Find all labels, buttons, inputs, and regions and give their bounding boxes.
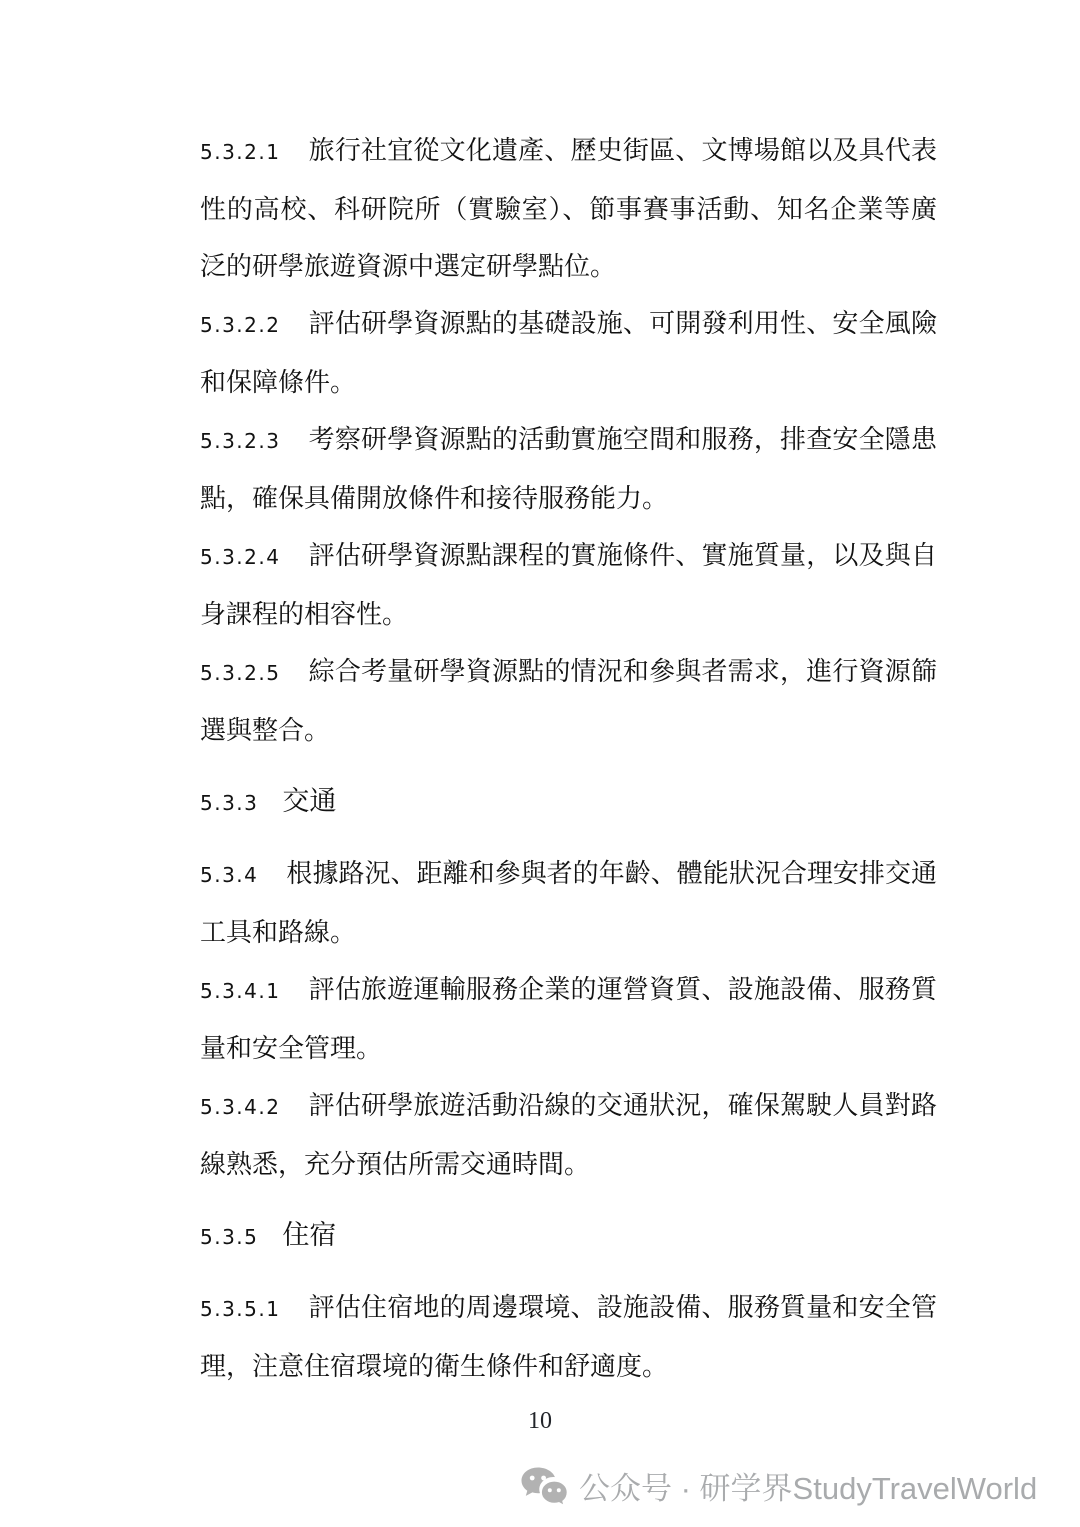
clause-paragraph: 5.3.2.2評估研學資源點的基礎設施、可開發利用性、安全風險和保障條件。 [200,295,937,411]
clause-text: 評估研學旅遊活動沿線的交通狀況，確保駕駛人員對路線熟悉，充分預估所需交通時間。 [200,1091,937,1179]
document-body: 5.3.2.1旅行社宜從文化遺產、歷史街區、文博場館以及具代表性的高校、科研院所… [200,122,937,1395]
heading-text: 交通 [282,786,336,816]
clause-text: 評估住宿地的周邊環境、設施設備、服務質量和安全管理，注意住宿環境的衛生條件和舒適… [200,1293,937,1381]
clause-paragraph: 5.3.4.2評估研學旅遊活動沿線的交通狀況，確保駕駛人員對路線熟悉，充分預估所… [200,1077,937,1193]
heading-text: 住宿 [282,1220,336,1250]
clause-paragraph: 5.3.5.1評估住宿地的周邊環境、設施設備、服務質量和安全管理，注意住宿環境的… [200,1279,937,1395]
watermark-text: 公众号 · 研学界StudyTravelWorld [579,1463,1037,1508]
clause-text: 評估研學資源點的基礎設施、可開發利用性、安全風險和保障條件。 [200,309,937,397]
clause-paragraph: 5.3.4根據路況、距離和參與者的年齡、體能狀況合理安排交通工具和路線。 [200,845,937,961]
section-heading: 5.3.3交通 [200,773,937,832]
clause-text: 評估研學資源點課程的實施條件、實施質量，以及與自身課程的相容性。 [200,541,937,629]
clause-text: 根據路況、距離和參與者的年齡、體能狀況合理安排交通工具和路線。 [200,859,937,947]
wechat-icon [520,1466,569,1506]
clause-text: 綜合考量研學資源點的情況和參與者需求，進行資源篩選與整合。 [200,657,937,745]
clause-number: 5.3.4 [200,863,258,887]
clause-number: 5.3.2.5 [200,661,280,685]
page-number: 10 [0,1408,1080,1435]
clause-paragraph: 5.3.4.1評估旅遊運輸服務企業的運營資質、設施設備、服務質量和安全管理。 [200,961,937,1077]
clause-paragraph: 5.3.2.1旅行社宜從文化遺產、歷史街區、文博場館以及具代表性的高校、科研院所… [200,122,937,295]
section-heading: 5.3.5住宿 [200,1207,937,1266]
document-page: 5.3.2.1旅行社宜從文化遺產、歷史街區、文博場館以及具代表性的高校、科研院所… [0,0,1080,1527]
clause-paragraph: 5.3.2.4評估研學資源點課程的實施條件、實施質量，以及與自身課程的相容性。 [200,527,937,643]
clause-number: 5.3.5 [200,1225,258,1249]
clause-text: 考察研學資源點的活動實施空間和服務，排查安全隱患點，確保具備開放條件和接待服務能… [200,425,937,513]
clause-text: 評估旅遊運輸服務企業的運營資質、設施設備、服務質量和安全管理。 [200,975,937,1063]
clause-paragraph: 5.3.2.5綜合考量研學資源點的情況和參與者需求，進行資源篩選與整合。 [200,643,937,759]
clause-paragraph: 5.3.2.3考察研學資源點的活動實施空間和服務，排查安全隱患點，確保具備開放條… [200,411,937,527]
clause-number: 5.3.2.1 [200,140,280,164]
clause-number: 5.3.2.4 [200,545,280,569]
clause-number: 5.3.2.2 [200,313,280,337]
clause-number: 5.3.3 [200,791,258,815]
clause-number: 5.3.4.1 [200,979,280,1003]
footer-watermark: 公众号 · 研学界StudyTravelWorld [520,1463,1037,1508]
clause-number: 5.3.2.3 [200,429,280,453]
clause-number: 5.3.4.2 [200,1095,280,1119]
clause-text: 旅行社宜從文化遺產、歷史街區、文博場館以及具代表性的高校、科研院所（實驗室）、節… [200,136,937,281]
clause-number: 5.3.5.1 [200,1297,280,1321]
